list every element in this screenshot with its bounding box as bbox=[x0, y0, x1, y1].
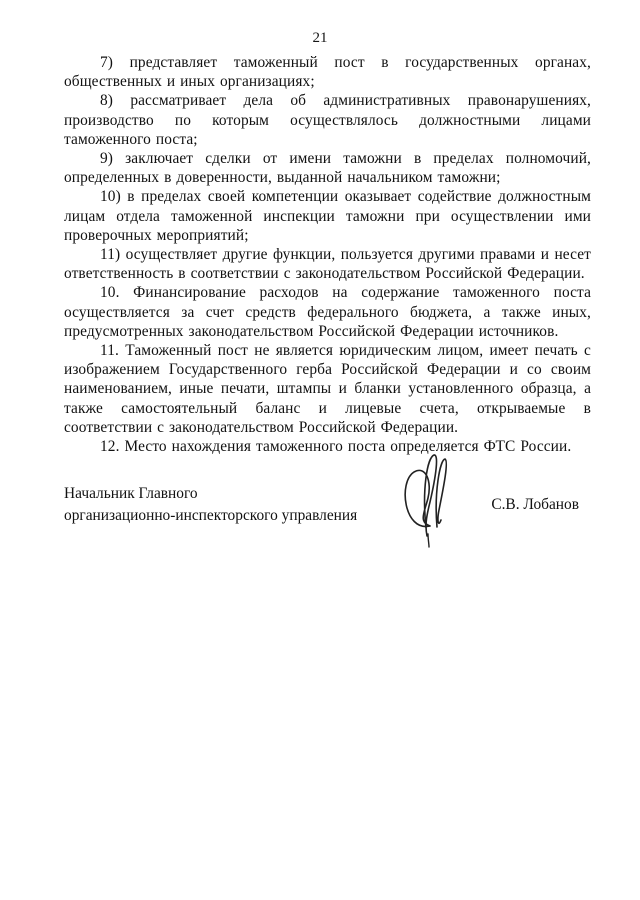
paragraph-item-8: 8) рассматривает дела об административны… bbox=[64, 91, 591, 149]
paragraph-item-7: 7) представляет таможенный пост в госуда… bbox=[64, 53, 591, 91]
paragraph-item-9: 9) заключает сделки от имени таможни в п… bbox=[64, 149, 591, 187]
signatory-title: Начальник Главного организационно-инспек… bbox=[64, 483, 391, 527]
signatory-title-line-2: организационно-инспекторского управления bbox=[64, 505, 391, 527]
paragraph-item-11: 11) осуществляет другие функции, пользуе… bbox=[64, 245, 591, 283]
handwritten-signature-icon bbox=[391, 448, 463, 548]
signatory-title-line-1: Начальник Главного bbox=[64, 483, 391, 505]
page-number: 21 bbox=[0, 30, 640, 47]
document-body: 7) представляет таможенный пост в госуда… bbox=[64, 53, 591, 456]
paragraph-clause-12: 12. Место нахождения таможенного поста о… bbox=[64, 437, 591, 456]
paragraph-item-10: 10) в пределах своей компетенции оказыва… bbox=[64, 187, 591, 245]
paragraph-clause-11: 11. Таможенный пост не является юридичес… bbox=[64, 341, 591, 437]
document-page: 21 7) представляет таможенный пост в гос… bbox=[0, 0, 640, 900]
signatory-name: С.В. Лобанов bbox=[491, 496, 591, 514]
signature-block: Начальник Главного организационно-инспек… bbox=[64, 462, 591, 548]
paragraph-clause-10: 10. Финансирование расходов на содержани… bbox=[64, 283, 591, 341]
